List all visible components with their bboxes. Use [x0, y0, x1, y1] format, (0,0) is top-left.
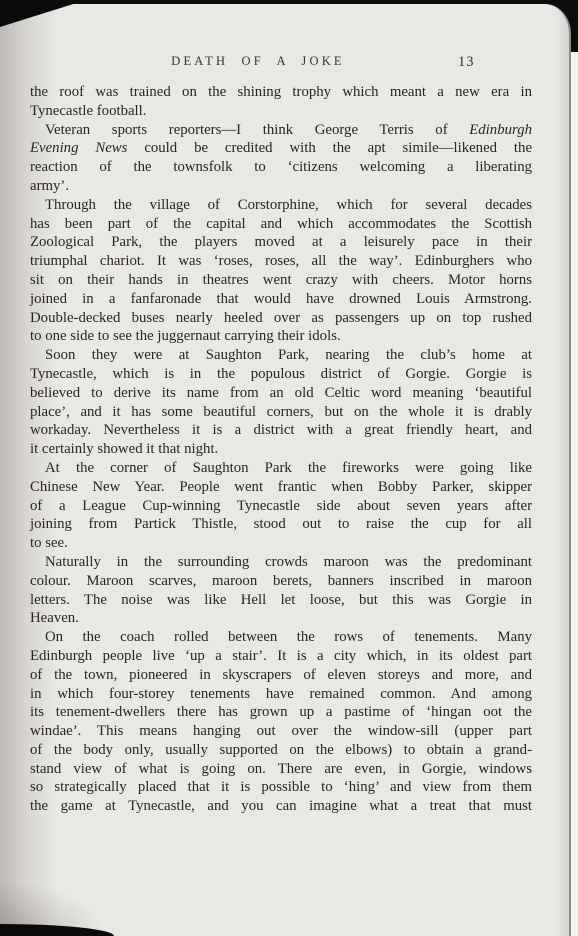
paragraph: Soon they were at Saughton Park, nearing… — [30, 346, 532, 459]
text-segment: has been part of the capital and which a… — [30, 216, 532, 232]
text-line: At the corner of Saughton Park the firew… — [30, 459, 532, 478]
text-line: Tynecastle football. — [30, 102, 532, 121]
running-head: DEATH OF A JOKE 13 — [30, 54, 532, 74]
text-line: army’. — [30, 177, 532, 196]
text-segment: sit on their hands in theatres went craz… — [30, 272, 532, 288]
text-line: believed to derive its name from an old … — [30, 384, 532, 403]
text-line: letters. The noise was like Hell let loo… — [30, 591, 532, 610]
text-segment: stand view of what is going on. There ar… — [30, 761, 532, 777]
text-segment: the game at Tynecastle, and you can imag… — [30, 798, 532, 814]
text-segment: Evening News — [30, 140, 127, 156]
text-segment: Through the village of Corstorphine, whi… — [45, 197, 532, 213]
text-segment: Edinburgh — [469, 122, 532, 138]
text-line: windae’. This means hanging out over the… — [30, 722, 532, 741]
page-number: 13 — [458, 54, 475, 71]
paragraph: Naturally in the surrounding crowds maro… — [30, 553, 532, 628]
paragraph: the roof was trained on the shining trop… — [30, 83, 532, 121]
text-segment: Tynecastle, which is in the populous dis… — [30, 366, 532, 382]
text-line: Zoological Park, the players moved at a … — [30, 233, 532, 252]
book-page: DEATH OF A JOKE 13 the roof was trained … — [0, 4, 571, 936]
text-segment: its tenement-dwellers there has grown up… — [30, 704, 532, 720]
text-line: Double-decked buses nearly heeled over a… — [30, 309, 532, 328]
text-line: Chinese New Year. People went frantic wh… — [30, 478, 532, 497]
text-segment: Zoological Park, the players moved at a … — [30, 234, 532, 250]
paragraph: On the coach rolled between the rows of … — [30, 628, 532, 816]
paragraph: At the corner of Saughton Park the firew… — [30, 459, 532, 553]
text-line: of a League Cup-winning Tynecastle side … — [30, 497, 532, 516]
text-line: joining from Partick Thistle, stood out … — [30, 515, 532, 534]
text-segment: place’, and it has some beautiful corner… — [30, 404, 532, 420]
text-segment: colour. Maroon scarves, maroon berets, b… — [30, 573, 532, 589]
text-line: sit on their hands in theatres went craz… — [30, 271, 532, 290]
page-body: the roof was trained on the shining trop… — [30, 83, 532, 816]
text-segment: to one side to see the juggernaut carryi… — [30, 328, 341, 344]
text-line: colour. Maroon scarves, maroon berets, b… — [30, 572, 532, 591]
text-segment: joining from Partick Thistle, stood out … — [30, 516, 532, 532]
text-segment: On the coach rolled between the rows of … — [45, 629, 532, 645]
text-segment: At the corner of Saughton Park the firew… — [45, 460, 532, 476]
text-segment: triumphal chariot. It was ‘roses, roses,… — [30, 253, 532, 269]
text-segment: Veteran sports reporters—I think George … — [45, 122, 469, 138]
text-line: place’, and it has some beautiful corner… — [30, 403, 532, 422]
text-segment: Heaven. — [30, 610, 79, 626]
text-segment: of the body only, usually supported on t… — [30, 742, 532, 758]
text-line: of the town, pioneered in skyscrapers of… — [30, 666, 532, 685]
text-line: of the body only, usually supported on t… — [30, 741, 532, 760]
paragraph: Through the village of Corstorphine, whi… — [30, 196, 532, 346]
text-segment: believed to derive its name from an old … — [30, 385, 532, 401]
text-line: it certainly showed it that night. — [30, 440, 532, 459]
text-segment: it certainly showed it that night. — [30, 441, 218, 457]
text-line: to see. — [30, 534, 532, 553]
scanned-book-page: { "page": { "header": { "title": "DEATH … — [0, 0, 578, 936]
text-segment: Tynecastle football. — [30, 103, 146, 119]
text-line: reaction of the townsfolk to ‘citizens w… — [30, 158, 532, 177]
text-segment: Double-decked buses nearly heeled over a… — [30, 310, 532, 326]
text-segment: joined in a fanfaronade that would have … — [30, 291, 532, 307]
text-segment: Naturally in the surrounding crowds maro… — [45, 554, 532, 570]
text-line: stand view of what is going on. There ar… — [30, 760, 532, 779]
chapter-title: DEATH OF A JOKE — [30, 54, 486, 69]
text-line: workaday. Nevertheless it is a district … — [30, 421, 532, 440]
text-segment: to see. — [30, 535, 68, 551]
text-segment: of a League Cup-winning Tynecastle side … — [30, 498, 532, 514]
text-segment: the roof was trained on the shining trop… — [30, 84, 532, 100]
text-line: Heaven. — [30, 609, 532, 628]
text-line: On the coach rolled between the rows of … — [30, 628, 532, 647]
text-line: to one side to see the juggernaut carryi… — [30, 327, 532, 346]
text-segment: so strategically placed that it is possi… — [30, 779, 532, 795]
text-line: has been part of the capital and which a… — [30, 215, 532, 234]
text-line: Veteran sports reporters—I think George … — [30, 121, 532, 140]
text-line: triumphal chariot. It was ‘roses, roses,… — [30, 252, 532, 271]
text-line: in which four-storey tenements have rema… — [30, 685, 532, 704]
text-line: the roof was trained on the shining trop… — [30, 83, 532, 102]
text-line: Naturally in the surrounding crowds maro… — [30, 553, 532, 572]
text-segment: workaday. Nevertheless it is a district … — [30, 422, 532, 438]
paragraph: Veteran sports reporters—I think George … — [30, 121, 532, 196]
text-segment: army’. — [30, 178, 69, 194]
text-segment: could be credited with the apt simile—li… — [127, 140, 532, 156]
text-segment: Edinburgh people live ‘up a stair’. It i… — [30, 648, 532, 664]
text-line: Edinburgh people live ‘up a stair’. It i… — [30, 647, 532, 666]
text-segment: in which four-storey tenements have rema… — [30, 686, 532, 702]
text-line: the game at Tynecastle, and you can imag… — [30, 797, 532, 816]
text-segment: windae’. This means hanging out over the… — [30, 723, 532, 739]
text-line: Through the village of Corstorphine, whi… — [30, 196, 532, 215]
text-line: its tenement-dwellers there has grown up… — [30, 703, 532, 722]
text-line: so strategically placed that it is possi… — [30, 778, 532, 797]
text-segment: Soon they were at Saughton Park, nearing… — [45, 347, 532, 363]
text-segment: Chinese New Year. People went frantic wh… — [30, 479, 532, 495]
text-segment: reaction of the townsfolk to ‘citizens w… — [30, 159, 532, 175]
text-segment: of the town, pioneered in skyscrapers of… — [30, 667, 532, 683]
text-line: Evening News could be credited with the … — [30, 139, 532, 158]
text-line: joined in a fanfaronade that would have … — [30, 290, 532, 309]
text-line: Tynecastle, which is in the populous dis… — [30, 365, 532, 384]
text-line: Soon they were at Saughton Park, nearing… — [30, 346, 532, 365]
text-segment: letters. The noise was like Hell let loo… — [30, 592, 532, 608]
